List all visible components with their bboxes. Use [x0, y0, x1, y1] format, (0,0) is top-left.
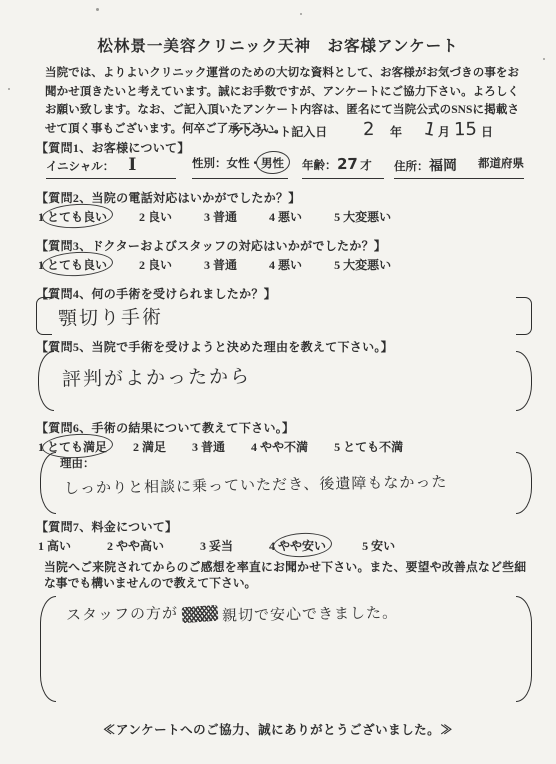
q3-options: 1とても良い 2良い 3普通 4悪い 5大変悪い: [38, 256, 423, 273]
option-number: 4: [269, 258, 275, 272]
q5-answer-box: 評判がよかったから: [38, 351, 532, 411]
q3-option-1: 1とても良い: [38, 256, 107, 273]
option-number: 3: [204, 258, 210, 272]
age-value: 27: [336, 155, 357, 173]
age-label: 年齢：: [302, 160, 337, 172]
date-month-value: 1: [422, 118, 438, 141]
scan-speck: [543, 58, 545, 60]
option-number: 3: [204, 210, 210, 224]
scan-speck: [300, 13, 302, 15]
q2-option-5: 5大変悪い: [334, 208, 391, 225]
initial-value: I: [128, 155, 137, 175]
q7-option-2: 2やや高い: [107, 537, 164, 554]
option-number: 5: [334, 210, 340, 224]
comment-text-after: 親切で安心できました。: [222, 601, 398, 625]
q3-option-3: 3普通: [204, 256, 237, 273]
q4-answer-box: 顎切り手術: [36, 297, 532, 335]
q6-handwritten-reason: しっかりと相談に乗っていただき、後遺障もなかった: [64, 471, 448, 499]
address-unit: 都道府県: [478, 155, 524, 175]
option-label: 安い: [371, 539, 395, 553]
q1-fields: イニシャル：I 性別：女性・男性 年齢：27 才 住所：福岡都道府県: [46, 155, 524, 179]
option-label: 大変悪い: [343, 258, 391, 272]
date-year-unit: 年: [390, 123, 402, 140]
q2-option-3: 3普通: [204, 208, 237, 225]
option-label: 悪い: [278, 258, 302, 272]
option-number: 4: [269, 210, 275, 224]
option-number: 2: [139, 210, 145, 224]
q7-option-1: 1高い: [38, 537, 71, 554]
option-number: 3: [200, 539, 206, 553]
date-label: アンケート記入日: [232, 123, 327, 140]
q6-reason-box: 理由： しっかりと相談に乗っていただき、後遺障もなかった: [40, 452, 532, 514]
left-paren: [38, 351, 54, 411]
option-label: やや高い: [116, 539, 164, 553]
comment-box: スタッフの方が親切で安心できました。: [40, 596, 532, 702]
feedback-prompt: 当院へご来院されてからのご感想を率直にお聞かせ下さい。また、要望や改善点など些細…: [44, 559, 526, 592]
option-label-selected: とても良い: [47, 256, 107, 273]
option-label: 悪い: [278, 210, 302, 224]
q7-option-5: 5安い: [362, 537, 395, 554]
q2-options: 1とても良い 2良い 3普通 4悪い 5大変悪い: [38, 208, 423, 225]
option-number: 2: [139, 258, 145, 272]
right-bracket: [516, 297, 532, 335]
right-paren: [516, 596, 532, 702]
age-unit: 才: [360, 160, 372, 172]
option-label-selected: とても良い: [47, 208, 107, 225]
initial-field: イニシャル：I: [46, 155, 176, 179]
address-label: 住所：: [394, 161, 429, 173]
right-paren: [516, 452, 532, 514]
initial-label: イニシャル：: [46, 161, 114, 173]
date-day-value: 15: [454, 119, 477, 140]
right-paren: [516, 351, 532, 411]
option-label: 大変悪い: [343, 210, 391, 224]
address-field: 住所：福岡都道府県: [394, 155, 524, 179]
scan-speck: [96, 8, 99, 11]
gender-field: 性別：女性・男性: [192, 155, 288, 179]
option-label: 良い: [148, 210, 172, 224]
age-field: 年齢：27 才: [302, 155, 384, 179]
date-month-unit: 月: [438, 123, 450, 140]
q7-option-3: 3妥当: [200, 537, 233, 554]
q3-option-2: 2良い: [139, 256, 172, 273]
option-number: 5: [362, 539, 368, 553]
q1-heading: 【質問1、お客様について】: [36, 139, 190, 156]
scribbled-out-word: [182, 605, 219, 623]
address-value: 福岡: [428, 155, 456, 175]
gender-selected-value: 男性: [261, 155, 284, 171]
scanned-survey-form: 松林景一美容クリニック天神 お客様アンケート 当院では、よりよいクリニック運営の…: [0, 0, 556, 764]
left-paren: [40, 452, 56, 514]
q2-option-4: 4悪い: [269, 208, 302, 225]
thanks-note: ≪アンケートへのご協力、誠にありがとうございました。≫: [0, 720, 556, 738]
option-number: 1: [38, 539, 44, 553]
left-paren: [40, 596, 56, 702]
q3-option-4: 4悪い: [269, 256, 302, 273]
q7-heading: 【質問7、料金について】: [36, 518, 177, 535]
option-label: 良い: [148, 258, 172, 272]
scan-speck: [8, 88, 10, 90]
option-number: 5: [334, 258, 340, 272]
comment-line: スタッフの方が親切で安心できました。: [66, 603, 398, 624]
q2-option-2: 2良い: [139, 208, 172, 225]
q2-option-1: 1とても良い: [38, 208, 107, 225]
date-day-unit: 日: [481, 123, 493, 140]
option-label: 普通: [213, 210, 237, 224]
reason-label: 理由：: [60, 455, 95, 471]
gender-label: 性別：女性・: [192, 158, 261, 170]
q5-handwritten-answer: 評判がよかったから: [62, 361, 251, 391]
option-label: 普通: [213, 258, 237, 272]
q3-option-5: 5大変悪い: [334, 256, 391, 273]
option-number: 2: [107, 539, 113, 553]
left-bracket: [36, 297, 52, 335]
q7-option-4: 4やや安い: [269, 537, 326, 554]
q7-options: 1高い 2やや高い 3妥当 4やや安い 5安い: [38, 537, 431, 554]
option-label-selected: やや安い: [278, 537, 326, 554]
option-label: 高い: [47, 539, 71, 553]
date-year-value: 2: [363, 119, 375, 140]
comment-text-before: スタッフの方が: [66, 602, 178, 625]
option-label: 妥当: [209, 539, 233, 553]
q4-handwritten-answer: 顎切り手術: [58, 302, 163, 331]
form-title: 松林景一美容クリニック天神 お客様アンケート: [0, 34, 556, 56]
